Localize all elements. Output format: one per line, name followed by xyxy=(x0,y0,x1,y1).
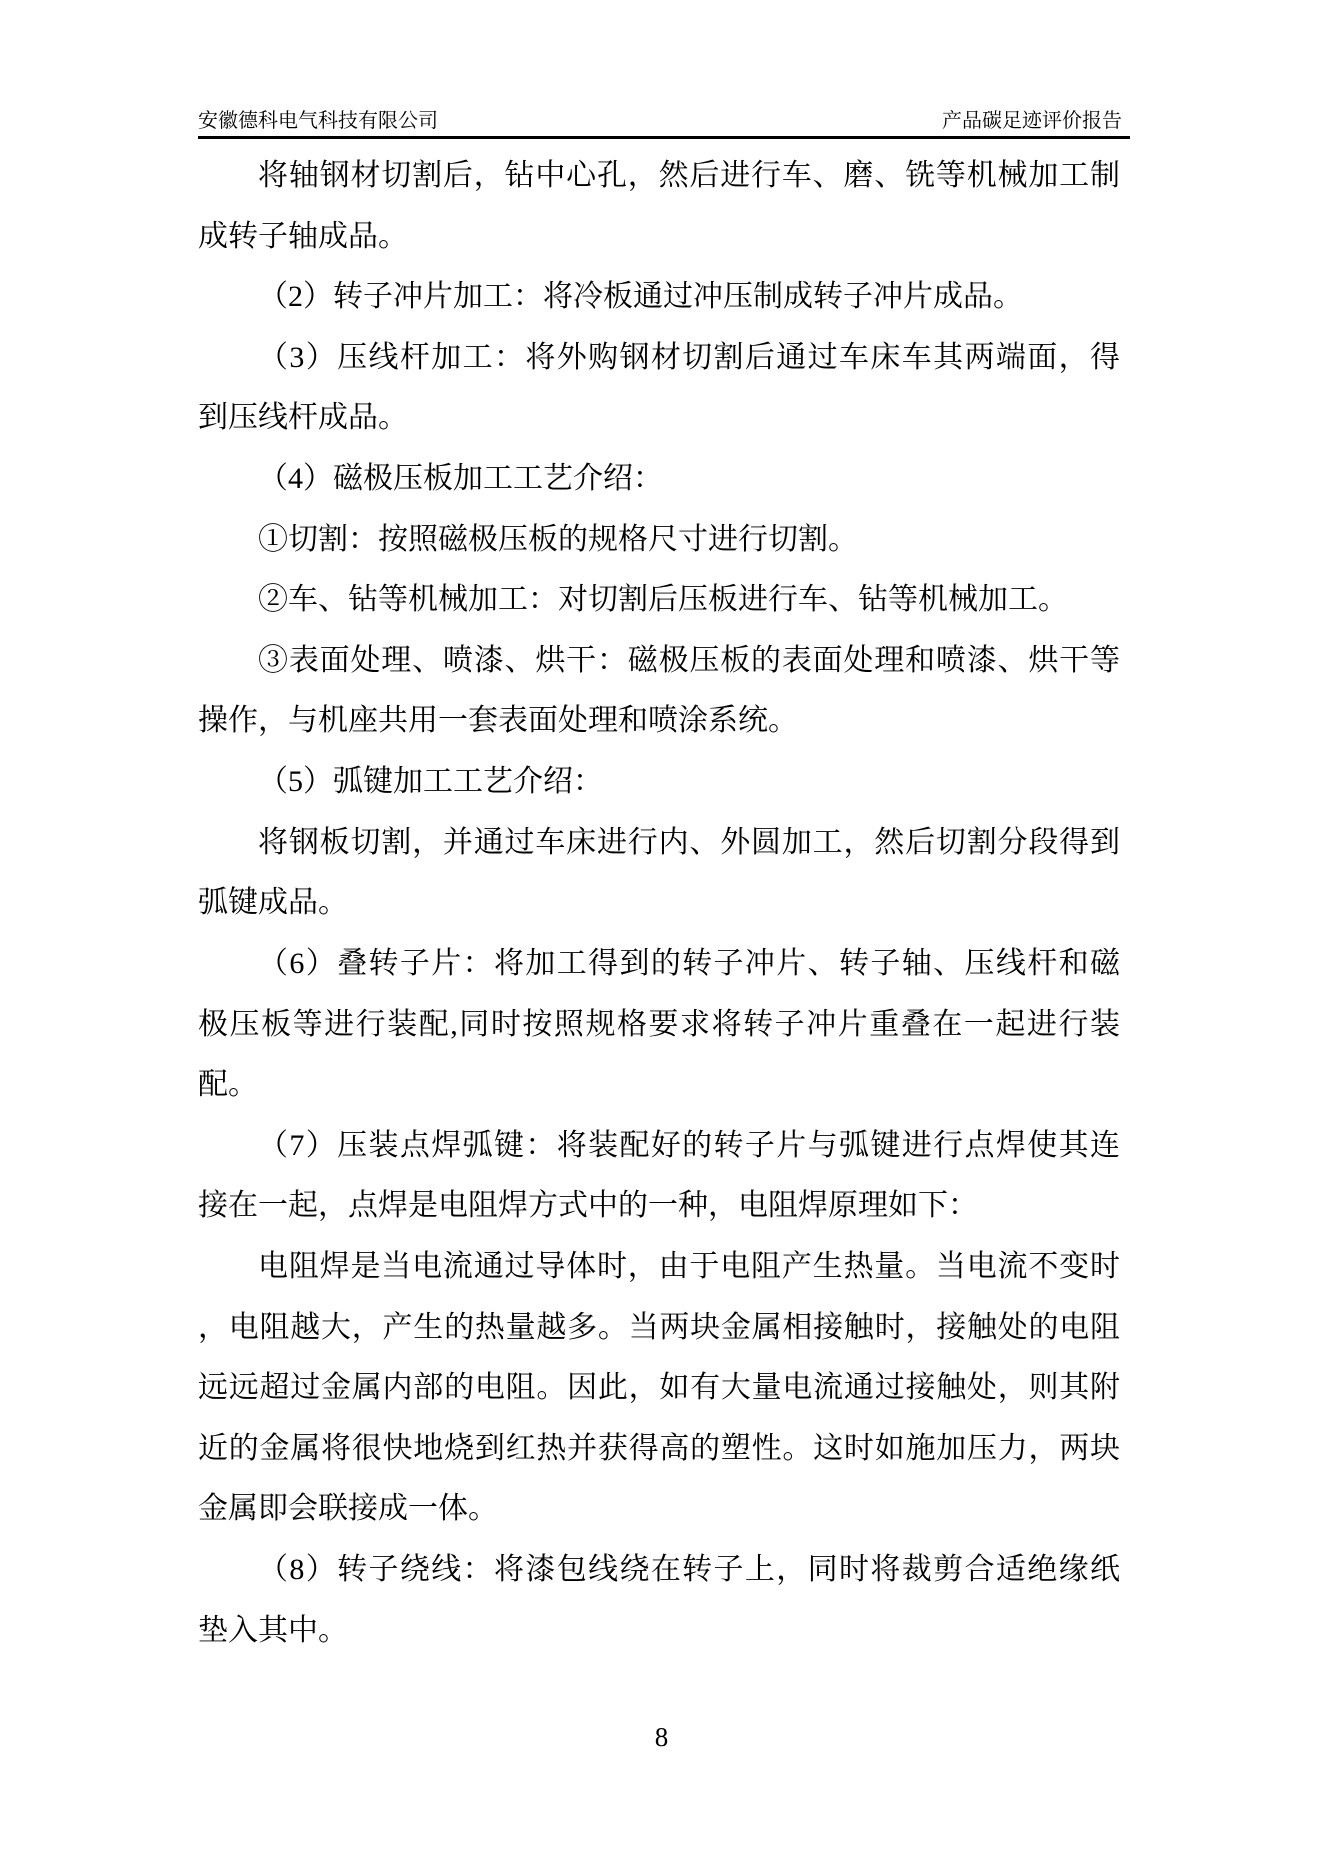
text-line: 电阻焊是当电流通过导体时，由于电阻产生热量。当电流不变时 xyxy=(198,1237,1120,1298)
text-line: 接在一起，点焊是电阻焊方式中的一种，电阻焊原理如下： xyxy=(198,1176,1120,1237)
text-line: ①切割：按照磁极压板的规格尺寸进行切割。 xyxy=(198,510,1120,571)
text-line: （5）弧键加工工艺介绍： xyxy=(198,752,1120,813)
text-line: 远远超过金属内部的电阻。因此，如有大量电流通过接触处，则其附 xyxy=(198,1358,1120,1419)
text-line: 将轴钢材切割后，钻中心孔，然后进行车、磨、铣等机械加工制 xyxy=(198,146,1120,207)
text-line: 操作，与机座共用一套表面处理和喷涂系统。 xyxy=(198,691,1120,752)
text-line: （2）转子冲片加工：将冷板通过冲压制成转子冲片成品。 xyxy=(198,267,1120,328)
text-line: （6）叠转子片：将加工得到的转子冲片、转子轴、压线杆和磁 xyxy=(198,934,1120,995)
header-company-name: 安徽德科电气科技有限公司 xyxy=(198,108,438,134)
text-line: 垫入其中。 xyxy=(198,1601,1120,1662)
header-divider-rule xyxy=(198,136,1130,139)
document-page: 安徽德科电气科技有限公司 产品碳足迹评价报告 将轴钢材切割后，钻中心孔，然后进行… xyxy=(0,0,1323,1871)
text-line: 近的金属将很快地烧到红热并获得高的塑性。这时如施加压力，两块 xyxy=(198,1419,1120,1480)
text-line: 配。 xyxy=(198,1055,1120,1116)
document-body: 将轴钢材切割后，钻中心孔，然后进行车、磨、铣等机械加工制成转子轴成品。（2）转子… xyxy=(198,146,1120,1661)
text-line: （7）压装点焊弧键：将装配好的转子片与弧键进行点焊使其连 xyxy=(198,1116,1120,1177)
header-report-title: 产品碳足迹评价报告 xyxy=(942,108,1122,134)
text-line: ②车、钻等机械加工：对切割后压板进行车、钻等机械加工。 xyxy=(198,570,1120,631)
page-footer: 8 xyxy=(0,1722,1323,1753)
page-number: 8 xyxy=(655,1722,669,1752)
text-line: 成转子轴成品。 xyxy=(198,207,1120,268)
text-line: （8）转子绕线：将漆包线绕在转子上，同时将裁剪合适绝缘纸 xyxy=(198,1540,1120,1601)
text-line: 到压线杆成品。 xyxy=(198,388,1120,449)
page-header: 安徽德科电气科技有限公司 产品碳足迹评价报告 xyxy=(198,108,1122,134)
text-line: ③表面处理、喷漆、烘干：磁极压板的表面处理和喷漆、烘干等 xyxy=(198,631,1120,692)
text-line: （4）磁极压板加工工艺介绍： xyxy=(198,449,1120,510)
text-line: 金属即会联接成一体。 xyxy=(198,1479,1120,1540)
text-line: （3）压线杆加工：将外购钢材切割后通过车床车其两端面，得 xyxy=(198,328,1120,389)
text-line: 极压板等进行装配,同时按照规格要求将转子冲片重叠在一起进行装 xyxy=(198,995,1120,1056)
text-line: 将钢板切割，并通过车床进行内、外圆加工，然后切割分段得到 xyxy=(198,813,1120,874)
text-line: 弧键成品。 xyxy=(198,873,1120,934)
text-line: ，电阻越大，产生的热量越多。当两块金属相接触时，接触处的电阻 xyxy=(198,1298,1120,1359)
